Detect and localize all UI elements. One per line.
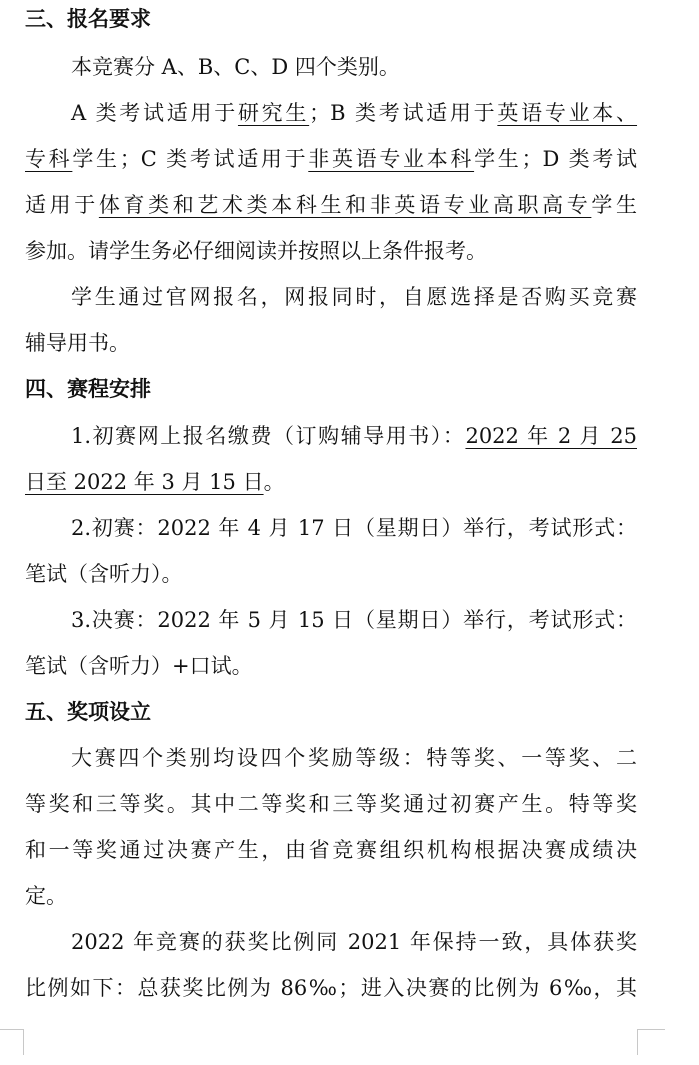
paragraph-line: 本竞赛分 A、B、C、D 四个类别。 (71, 52, 637, 82)
paragraph-line: 参加。请学生务必仔细阅读并按照以上条件报考。 (25, 236, 637, 266)
paragraph-line: 1.初赛网上报名缴费（订购辅导用书）：2022 年 2 月 25 (71, 421, 637, 451)
paragraph-line: 3.决赛：2022 年 5 月 15 日（星期日）举行，考试形式： (71, 605, 637, 635)
underlined-segment: 非英语专业本科 (308, 147, 474, 171)
underlined-segment: 英语专业本、 (497, 101, 637, 125)
text-segment: 大赛四个类别均设四个奖励等级：特等奖、一等奖、二 (71, 746, 637, 770)
section-heading-awards: 五、奖项设立 (25, 697, 151, 727)
text-segment: 本竞赛分 A、B、C、D 四个类别。 (71, 55, 400, 79)
underlined-segment: 日至 2022 年 3 月 15 日 (25, 470, 264, 494)
paragraph-line: 大赛四个类别均设四个奖励等级：特等奖、一等奖、二 (71, 743, 637, 773)
text-segment: 比例如下：总获奖比例为 86‰；进入决赛的比例为 6‰，其 (25, 976, 637, 1000)
text-segment: 学生；D 类考试 (474, 147, 637, 171)
text-segment: 。 (264, 470, 285, 494)
text-segment: ；B 类考试适用于 (309, 101, 497, 125)
text-segment: 笔试（含听力）。 (25, 562, 183, 586)
paragraph-line: 比例如下：总获奖比例为 86‰；进入决赛的比例为 6‰，其 (25, 973, 637, 1003)
text-segment: 学生 (591, 193, 637, 217)
paragraph-line: 专科学生；C 类考试适用于非英语专业本科学生；D 类考试 (25, 144, 637, 174)
text-segment: A 类考试适用于 (71, 101, 238, 125)
section-heading-schedule: 四、赛程安排 (25, 374, 151, 404)
text-segment: 和一等奖通过决赛产生，由省竞赛组织机构根据决赛成绩决 (25, 838, 637, 862)
text-segment: 1.初赛网上报名缴费（订购辅导用书）： (71, 424, 465, 448)
underlined-segment: 专科 (25, 147, 72, 171)
paragraph-line: 定。 (25, 881, 637, 911)
paragraph-line: A 类考试适用于研究生；B 类考试适用于英语专业本、 (71, 98, 637, 128)
paragraph-line: 笔试（含听力）。 (25, 559, 637, 589)
paragraph-line: 2022 年竞赛的获奖比例同 2021 年保持一致，具体获奖 (71, 927, 637, 957)
text-segment: 2.初赛：2022 年 4 月 17 日（星期日）举行，考试形式： (71, 516, 637, 540)
paragraph-line: 和一等奖通过决赛产生，由省竞赛组织机构根据决赛成绩决 (25, 835, 637, 865)
text-segment: 辅导用书。 (25, 331, 130, 355)
paragraph-line: 辅导用书。 (25, 328, 637, 358)
underlined-segment: 2022 年 2 月 25 (465, 424, 637, 448)
text-segment: 学生通过官网报名，网报同时，自愿选择是否购买竞赛 (71, 285, 637, 309)
text-segment: 参加。请学生务必仔细阅读并按照以上条件报考。 (25, 239, 487, 263)
paragraph-line: 适用于体育类和艺术类本科生和非英语专业高职高专学生 (25, 190, 637, 220)
text-segment: 笔试（含听力）+口试。 (25, 654, 253, 678)
paragraph-line: 学生通过官网报名，网报同时，自愿选择是否购买竞赛 (71, 282, 637, 312)
text-segment: 3.决赛：2022 年 5 月 15 日（星期日）举行，考试形式： (71, 608, 637, 632)
text-segment: 适用于 (25, 193, 99, 217)
underlined-segment: 体育类和艺术类本科生和非英语专业高职高专 (99, 193, 592, 217)
paragraph-line: 日至 2022 年 3 月 15 日。 (25, 467, 637, 497)
page-margin-corner-mark-left (0, 1029, 24, 1055)
text-segment: 学生；C 类考试适用于 (72, 147, 308, 171)
underlined-segment: 研究生 (238, 101, 309, 125)
text-segment: 等奖和三等奖。其中二等奖和三等奖通过初赛产生。特等奖 (25, 792, 637, 816)
text-segment: 定。 (25, 884, 67, 908)
paragraph-line: 笔试（含听力）+口试。 (25, 651, 637, 681)
paragraph-line: 等奖和三等奖。其中二等奖和三等奖通过初赛产生。特等奖 (25, 789, 637, 819)
section-heading-registration: 三、报名要求 (25, 4, 151, 34)
paragraph-line: 2.初赛：2022 年 4 月 17 日（星期日）举行，考试形式： (71, 513, 637, 543)
page-margin-corner-mark-right (637, 1029, 665, 1055)
text-segment: 2022 年竞赛的获奖比例同 2021 年保持一致，具体获奖 (71, 930, 637, 954)
